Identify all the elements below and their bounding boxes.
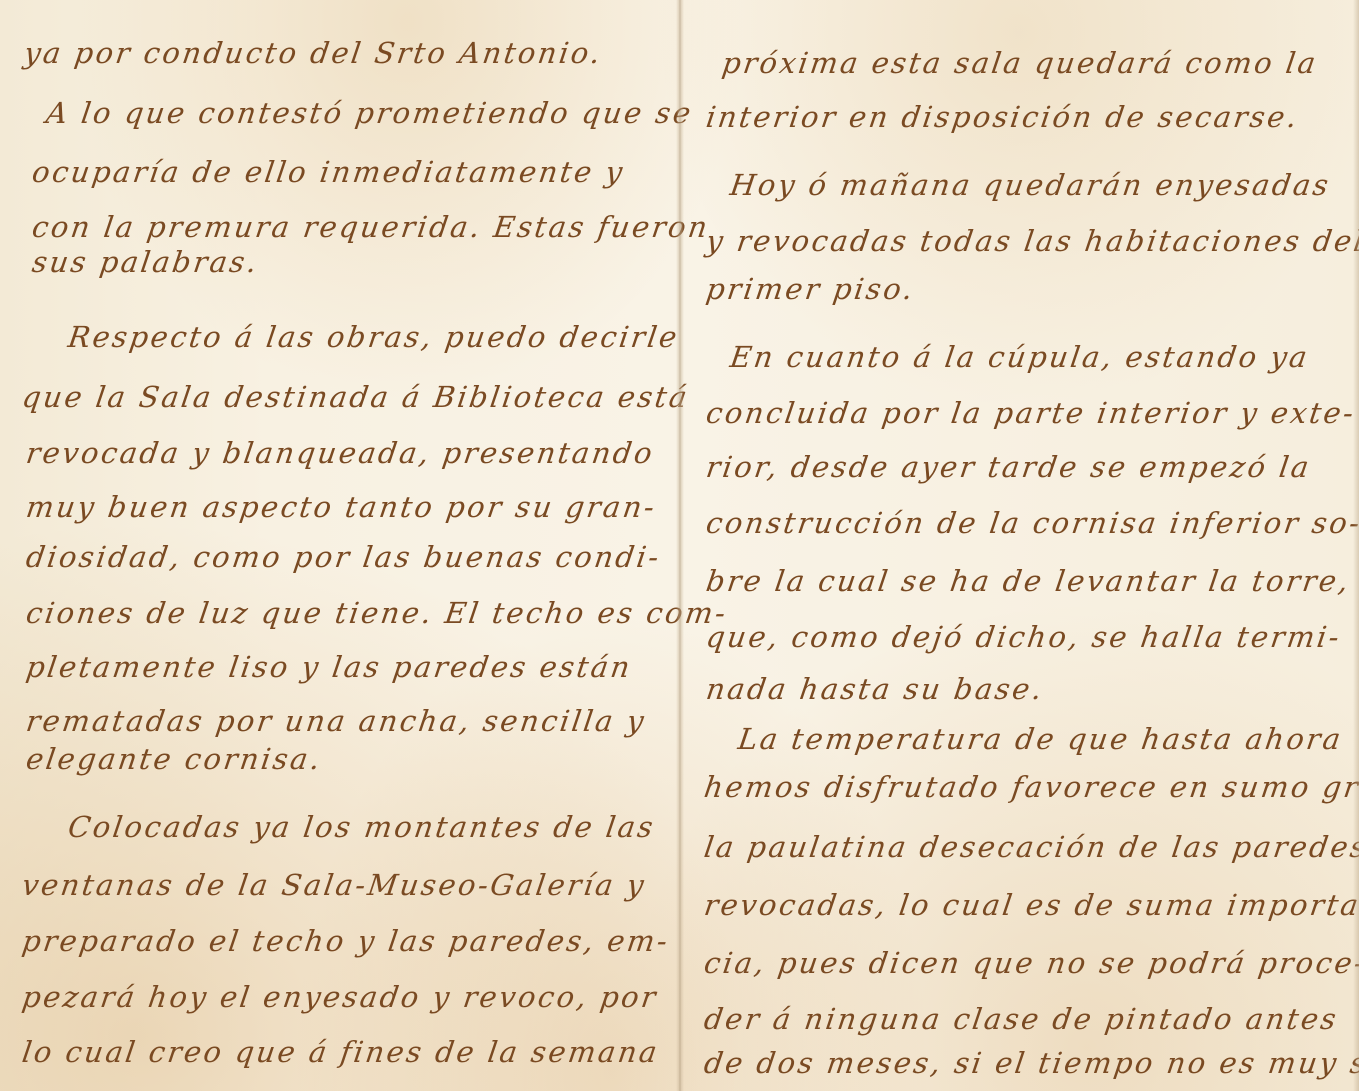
text-line: revocadas, lo cual es de suma importan- <box>702 888 1359 922</box>
text-line: ventanas de la Sala-Museo-Galería y <box>20 868 648 902</box>
text-line: hemos disfrutado favorece en sumo grado <box>702 770 1359 804</box>
text-line: rematadas por una ancha, sencilla y <box>24 704 648 738</box>
text-line: elegante cornisa. <box>24 742 324 776</box>
text-line: cia, pues dicen que no se podrá proce- <box>702 946 1359 980</box>
left-page: ya por conducto del Srto Antonio. A lo q… <box>0 0 680 1091</box>
text-line: ya por conducto del Srto Antonio. <box>22 36 605 70</box>
text-line: interior en disposición de secarse. <box>704 100 1301 134</box>
text-line: A lo que contestó prometiendo que se <box>44 96 695 130</box>
right-page: próxima esta sala quedará como la interi… <box>680 0 1359 1091</box>
text-line: preparado el techo y las paredes, em- <box>20 924 672 958</box>
text-line: Colocadas ya los montantes de las <box>66 810 657 844</box>
text-line: que la Sala destinada á Biblioteca está <box>20 380 691 414</box>
text-line: concluida por la parte interior y exte- <box>704 396 1358 430</box>
text-line: sus palabras. <box>30 245 261 279</box>
text-line: rior, desde ayer tarde se empezó la <box>704 450 1313 484</box>
text-line: con la premura requerida. Estas fueron <box>30 210 712 244</box>
text-line: muy buen aspecto tanto por su gran- <box>24 490 659 524</box>
text-line: diosidad, como por las buenas condi- <box>24 540 663 574</box>
text-line: Hoy ó mañana quedarán enyesadas <box>728 168 1333 202</box>
text-line: der á ninguna clase de pintado antes <box>702 1002 1341 1036</box>
text-line: ciones de luz que tiene. El techo es com… <box>24 596 730 630</box>
text-line: y revocadas todas las habitaciones del <box>704 224 1359 258</box>
text-line: Respecto á las obras, puedo decirle <box>66 320 681 354</box>
text-line: pletamente liso y las paredes están <box>24 650 634 684</box>
text-line: pezará hoy el enyesado y revoco, por <box>20 980 660 1014</box>
text-line: revocada y blanqueada, presentando <box>24 436 657 470</box>
letter-spread: ya por conducto del Srto Antonio. A lo q… <box>0 0 1359 1091</box>
text-line: La temperatura de que hasta ahora <box>736 722 1345 756</box>
text-line: lo cual creo que á fines de la semana <box>20 1035 661 1069</box>
text-line: construcción de la cornisa inferior so- <box>704 506 1359 540</box>
text-line: la paulatina desecación de las paredes <box>702 830 1359 864</box>
text-line: ocuparía de ello inmediatamente y <box>30 155 627 189</box>
text-line: primer piso. <box>704 272 917 306</box>
text-line: de dos meses, si el tiempo no es muy sec… <box>702 1046 1359 1080</box>
text-line: próxima esta sala quedará como la <box>720 46 1320 80</box>
text-line: que, como dejó dicho, se halla termi- <box>704 620 1344 654</box>
text-line: En cuanto á la cúpula, estando ya <box>728 340 1312 374</box>
page-edge <box>1353 0 1359 1091</box>
text-line: bre la cual se ha de levantar la torre, <box>704 564 1353 598</box>
text-line: nada hasta su base. <box>704 672 1046 706</box>
